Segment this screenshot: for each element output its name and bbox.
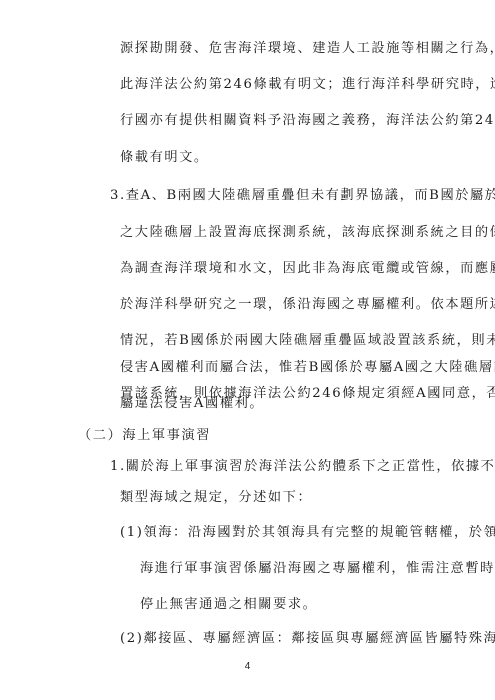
paragraph-line: 海進行軍事演習係屬沿海國之專屬權利，惟需注意暫時 bbox=[140, 561, 495, 577]
paragraph-line: 於海洋科學研究之一環，係沿海國之專屬權利。依本題所述 bbox=[120, 297, 495, 313]
sub-item-2-line: (2)鄰接區、專屬經濟區：鄰接區與專屬經濟區皆屬特殊海 bbox=[120, 631, 495, 647]
paragraph-line: 條載有明文。 bbox=[120, 150, 209, 166]
paragraph-line: 屬違法侵害A國權利。 bbox=[120, 396, 264, 412]
paragraph-line: 為調查海洋環境和水文，因此非為海底電纜或管線，而應屬 bbox=[120, 261, 495, 277]
page-number: 4 bbox=[0, 661, 495, 672]
section-heading: （二）海上軍事演習 bbox=[78, 428, 211, 444]
paragraph-line: 類型海域之規定，分述如下： bbox=[120, 490, 312, 506]
paragraph-line: 之大陸礁層上設置海底探測系統，該海底探測系統之目的係 bbox=[120, 225, 495, 241]
paragraph-line: 源探勘開發、危害海洋環境、建造人工設施等相關之行為， bbox=[120, 41, 495, 57]
paragraph-line: 停止無害通過之相關要求。 bbox=[140, 597, 317, 613]
list-item-3-line: 3.查A、B兩國大陸礁層重疊但未有劃界協議，而B國於屬於A國 bbox=[110, 188, 495, 204]
paragraph-line: 侵害A國權利而屬合法，惟若B國係於專屬A國之大陸礁層設 bbox=[120, 360, 495, 376]
paragraph-line: 此海洋法公約第246條載有明文；進行海洋科學研究時，進 bbox=[120, 77, 495, 93]
sub-item-1-line: (1)領海：沿海國對於其領海具有完整的規範管轄權，於領 bbox=[120, 525, 495, 541]
list-item-1-line: 1.關於海上軍事演習於海洋法公約體系下之正當性，依據不同 bbox=[110, 459, 495, 475]
paragraph-line: 情況，若B國係於兩國大陸礁層重疊區域設置該系統，則未 bbox=[120, 333, 495, 349]
paragraph-line: 行國亦有提供相關資料予沿海國之義務，海洋法公約第248 bbox=[120, 113, 495, 129]
